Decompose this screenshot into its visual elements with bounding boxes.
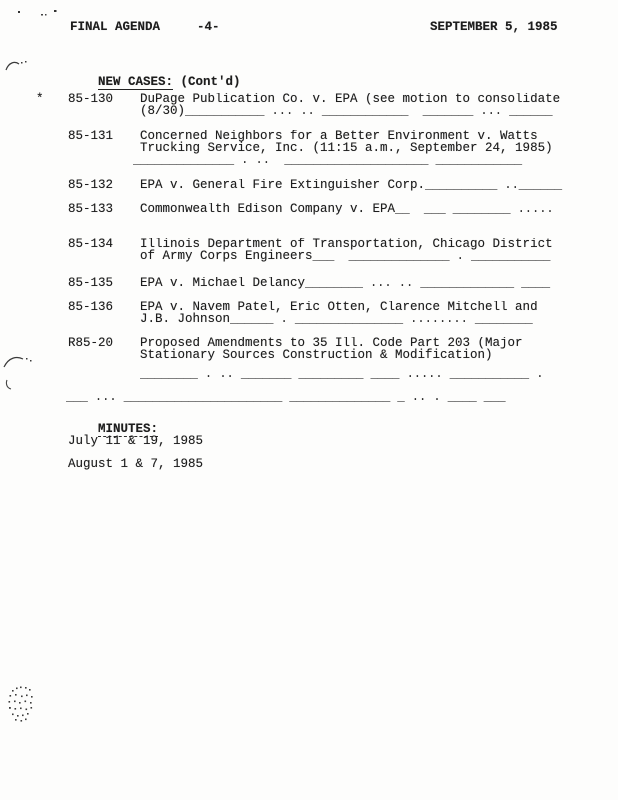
case-number: 85-135	[68, 277, 113, 289]
document-title: FINAL AGENDA	[70, 21, 160, 33]
ink-stamp-smudge	[6, 684, 50, 726]
margin-tick-mark	[4, 378, 16, 392]
case-number: 85-132	[68, 179, 113, 191]
case-asterisk-mark: *	[36, 93, 44, 105]
section-divider-line: ___ ... ______________________ _________…	[66, 391, 536, 403]
fill-in-line: __________ ..______	[425, 179, 562, 191]
case-description: EPA v. Navem Patel, Eric Otten, Clarence…	[140, 301, 572, 325]
new-cases-heading-suffix: (Cont'd)	[173, 75, 241, 89]
minutes-entry: July 11 & 19, 1985	[68, 435, 203, 447]
document-date: SEPTEMBER 5, 1985	[430, 21, 558, 33]
case-number: 85-134	[68, 238, 113, 250]
case-description: Concerned Neighbors for a Better Environ…	[140, 130, 572, 154]
fill-in-line: ________ . .. _______ _________ ____ ...…	[140, 368, 565, 380]
fill-in-line: ___________ ... .. ____________ _______ …	[185, 104, 552, 117]
case-description: EPA v. General Fire Extinguisher Corp.__…	[140, 179, 572, 191]
case-line: EPA v. General Fire Extinguisher Corp.__…	[140, 179, 572, 191]
fill-in-line: ______ . _______________ ........ ______…	[230, 312, 532, 325]
margin-pen-mark	[2, 352, 34, 372]
case-line: Stationary Sources Construction & Modifi…	[140, 349, 572, 361]
minutes-entry: August 1 & 7, 1985	[68, 458, 203, 470]
page-number: -4-	[197, 21, 220, 33]
case-description: DuPage Publication Co. v. EPA (see motio…	[140, 93, 572, 117]
case-line: Commonwealth Edison Company v. EPA__ ___…	[140, 203, 572, 215]
fill-in-line: __ ___ ________ .....	[395, 203, 553, 215]
case-line: of Army Corps Engineers___ _____________…	[140, 250, 572, 262]
margin-pen-mark	[4, 58, 28, 74]
case-description: Illinois Department of Transportation, C…	[140, 238, 572, 262]
case-description: Commonwealth Edison Company v. EPA__ ___…	[140, 203, 572, 215]
new-cases-heading-text: NEW CASES:	[98, 76, 173, 90]
case-line: Trucking Service, Inc. (11:15 a.m., Sept…	[140, 142, 572, 154]
case-description: Proposed Amendments to 35 Ill. Code Part…	[140, 337, 572, 361]
case-number: 85-133	[68, 203, 113, 215]
case-description: EPA v. Michael Delancy________ ... .. __…	[140, 277, 572, 289]
scanned-agenda-page: FINAL AGENDA -4- SEPTEMBER 5, 1985 NEW C…	[0, 0, 618, 800]
case-line: (8/30)___________ ... .. ____________ __…	[140, 105, 572, 117]
fill-in-line: ___ ______________ . ___________	[313, 249, 551, 262]
case-number: R85-20	[68, 337, 113, 349]
fill-in-line: ______________ . .. ____________________…	[133, 154, 563, 166]
case-line: J.B. Johnson______ . _______________ ...…	[140, 313, 572, 325]
case-number: 85-130	[68, 93, 113, 105]
case-number: 85-136	[68, 301, 113, 313]
scan-speckle-top-left	[14, 6, 64, 20]
case-line: EPA v. Michael Delancy________ ... .. __…	[140, 277, 572, 289]
case-number: 85-131	[68, 130, 113, 142]
fill-in-line: ________ ... .. _____________ ____	[305, 277, 550, 289]
